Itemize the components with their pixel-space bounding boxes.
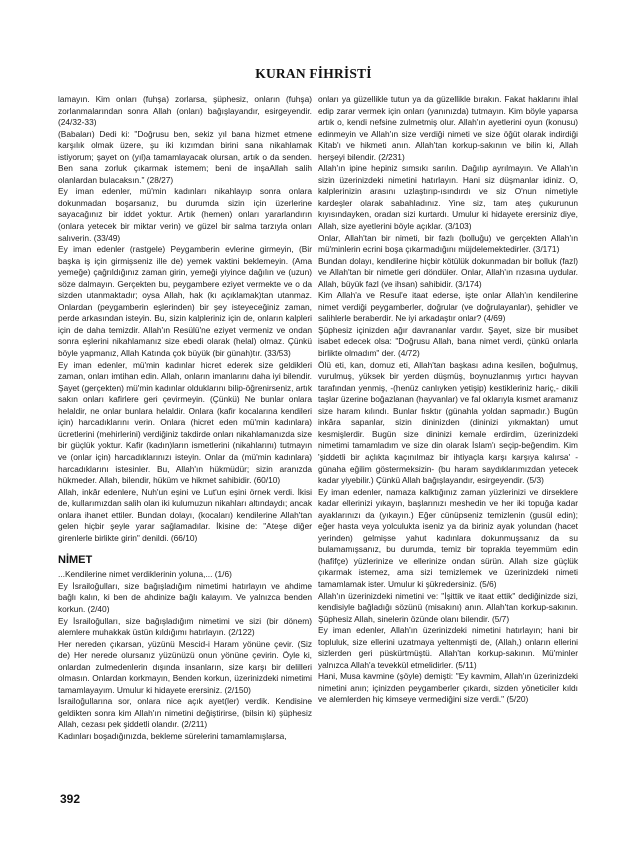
verse-entry: Ey İsrailoğulları, size bağışladığım nim… — [58, 616, 312, 639]
verse-entry: Kadınları boşadığınızda, bekleme süreler… — [58, 731, 312, 743]
verse-entry: Her nereden çıkarsan, yüzünü Mescid-i Ha… — [58, 639, 312, 697]
verse-entry: Ey İsrailoğulları, size bağışladığım nim… — [58, 581, 312, 616]
verse-entry: Şüphesiz içinizden ağır davrananlar vard… — [318, 325, 578, 360]
verse-entry: onları ya güzellikle tutun ya da güzelli… — [318, 94, 578, 163]
verse-entry: ...Kendilerine nimet verdiklerinin yolun… — [58, 569, 312, 581]
verse-entry: Ey iman edenler, namaza kalktığınız zama… — [318, 487, 578, 591]
right-column: onları ya güzellikle tutun ya da güzelli… — [318, 94, 578, 706]
verse-entry: Ölü eti, kan, domuz eti, Allah'tan başka… — [318, 360, 578, 487]
verse-entry: Ey iman edenler, mü'min kadınları nikahl… — [58, 186, 312, 244]
verse-entry: (Babaları) Dedi ki: "Doğrusu ben, sekiz … — [58, 129, 312, 187]
verse-entry: lamayın. Kim onları (fuhşa) zorlarsa, şü… — [58, 94, 312, 129]
verse-entry: Allah, inkâr edenlere, Nuh'un eşini ve L… — [58, 487, 312, 545]
left-column: lamayın. Kim onları (fuhşa) zorlarsa, şü… — [58, 94, 312, 743]
page-number: 392 — [60, 792, 80, 806]
verse-entry: Ey iman edenler, mü'min kadınlar hicret … — [58, 360, 312, 487]
verse-entry: Bundan dolayı, kendilerine hiçbir kötülü… — [318, 256, 578, 291]
verse-entry: İsrailoğullarına sor, onlara nice açık a… — [58, 696, 312, 731]
verse-entry: Allah'ın ipine hepiniz sımsıkı sarılın. … — [318, 163, 578, 232]
verse-entry: Allah'ın üzerinizdeki nimetini ve: "İşit… — [318, 591, 578, 626]
section-heading: NİMET — [58, 554, 312, 567]
verse-entry: Ey iman edenler, Allah'ın üzerinizdeki n… — [318, 625, 578, 671]
verse-entry: Kim Allah'a ve Resul'e itaat ederse, işt… — [318, 290, 578, 325]
verse-entry: Onlar, Allah'tan bir nimeti, bir fazlı (… — [318, 233, 578, 256]
verse-entry: Hani, Musa kavmine (şöyle) demişti: "Ey … — [318, 671, 578, 706]
verse-entry: Ey iman edenler (rastgele) Peygamberin e… — [58, 244, 312, 359]
page-title: KURAN FİHRİSTİ — [0, 66, 627, 82]
